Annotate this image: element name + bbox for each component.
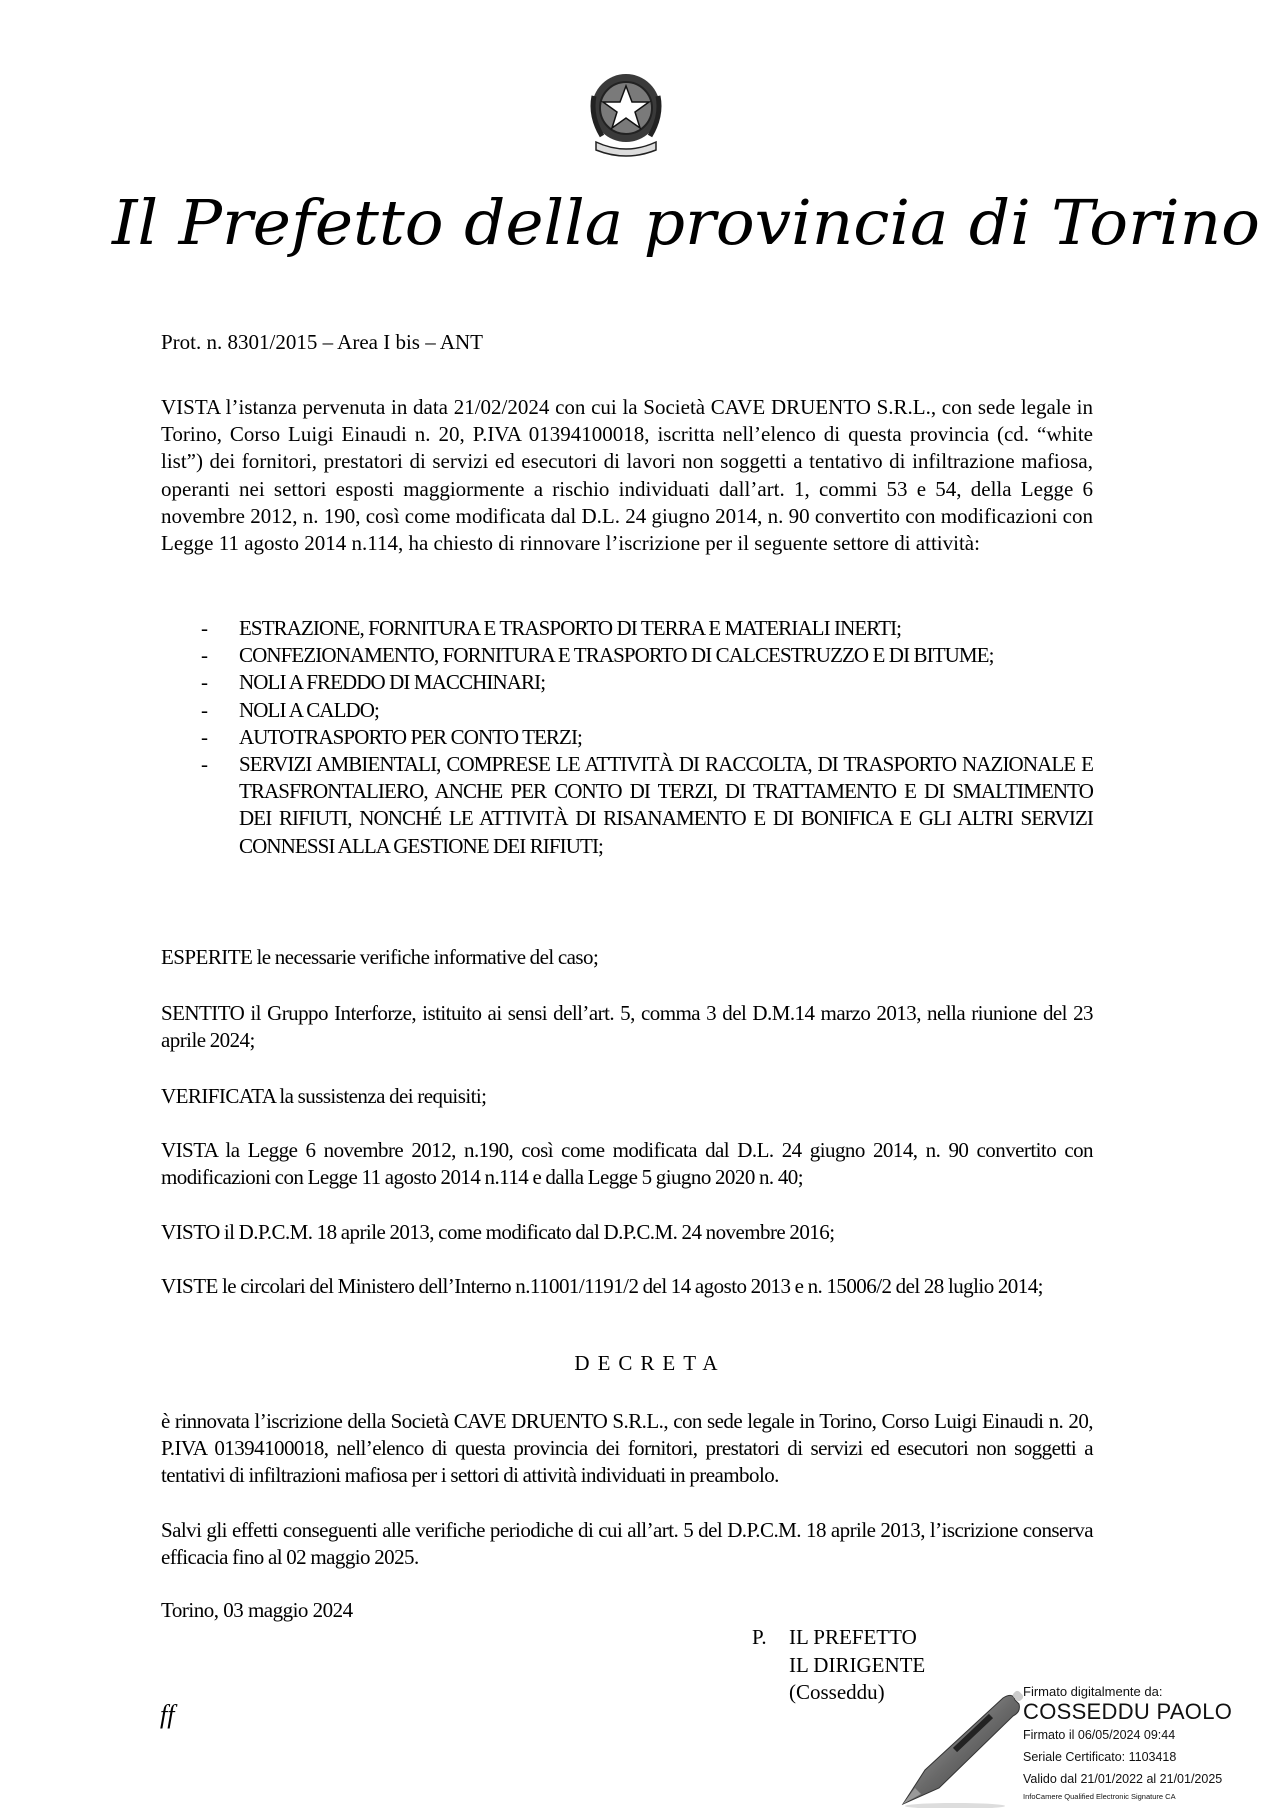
signature-date: Firmato il 06/05/2024 09:44 xyxy=(1023,1724,1232,1746)
role-prefetto: IL PREFETTO xyxy=(789,1624,917,1652)
certificate-serial: Seriale Certificato: 1103418 xyxy=(1023,1746,1232,1768)
decree-body: è rinnovata l’iscrizione della Società C… xyxy=(161,1408,1093,1490)
list-item: -NOLI A FREDDO DI MACCHINARI; xyxy=(161,669,1093,696)
signature-name: COSSEDDU PAOLO xyxy=(1023,1700,1232,1724)
preamble-vista-istanza: VISTA l’istanza pervenuta in data 21/02/… xyxy=(161,394,1093,557)
preamble-vista-legge: VISTA la Legge 6 novembre 2012, n.190, c… xyxy=(161,1137,1093,1191)
role-dirigente: IL DIRIGENTE xyxy=(789,1652,925,1680)
italian-republic-emblem-icon xyxy=(586,66,666,158)
list-item: -SERVIZI AMBIENTALI, COMPRESE LE ATTIVIT… xyxy=(161,751,1093,860)
preamble-esperite: ESPERITE le necessarie verifiche informa… xyxy=(161,944,1093,971)
drafter-initials: ff xyxy=(160,1700,174,1730)
signer-name: (Cosseddu) xyxy=(789,1679,885,1707)
decreta-heading: DECRETA xyxy=(0,1351,1270,1376)
preamble-viste-circolari: VISTE le circolari del Ministero dell’In… xyxy=(161,1273,1093,1300)
list-item: -CONFEZIONAMENTO, FORNITURA E TRASPORTO … xyxy=(161,642,1093,669)
list-item: -ESTRAZIONE, FORNITURA E TRASPORTO DI TE… xyxy=(161,615,1093,642)
activity-sectors-list: -ESTRAZIONE, FORNITURA E TRASPORTO DI TE… xyxy=(161,615,1093,860)
certificate-authority: InfoCamere Qualified Electronic Signatur… xyxy=(1023,1792,1232,1801)
on-behalf-prefix: P. xyxy=(752,1624,789,1652)
pen-icon xyxy=(895,1690,1035,1808)
signature-label: Firmato digitalmente da: xyxy=(1023,1684,1232,1699)
digital-signature-stamp: Firmato digitalmente da: COSSEDDU PAOLO … xyxy=(1023,1684,1232,1801)
list-item: -AUTOTRASPORTO PER CONTO TERZI; xyxy=(161,724,1093,751)
preamble-verificata: VERIFICATA la sussistenza dei requisiti; xyxy=(161,1083,1093,1110)
decree-validity: Salvi gli effetti conseguenti alle verif… xyxy=(161,1517,1093,1571)
protocol-number: Prot. n. 8301/2015 – Area I bis – ANT xyxy=(161,330,483,355)
list-item: -NOLI A CALDO; xyxy=(161,697,1093,724)
office-title: Il Prefetto della provincia di Torino xyxy=(112,186,1214,259)
preamble-sentito: SENTITO il Gruppo Interforze, istituito … xyxy=(161,1000,1093,1054)
preamble-visto-dpcm: VISTO il D.P.C.M. 18 aprile 2013, come m… xyxy=(161,1219,1093,1246)
certificate-validity: Valido dal 21/01/2022 al 21/01/2025 xyxy=(1023,1768,1232,1790)
place-date: Torino, 03 maggio 2024 xyxy=(161,1598,353,1623)
